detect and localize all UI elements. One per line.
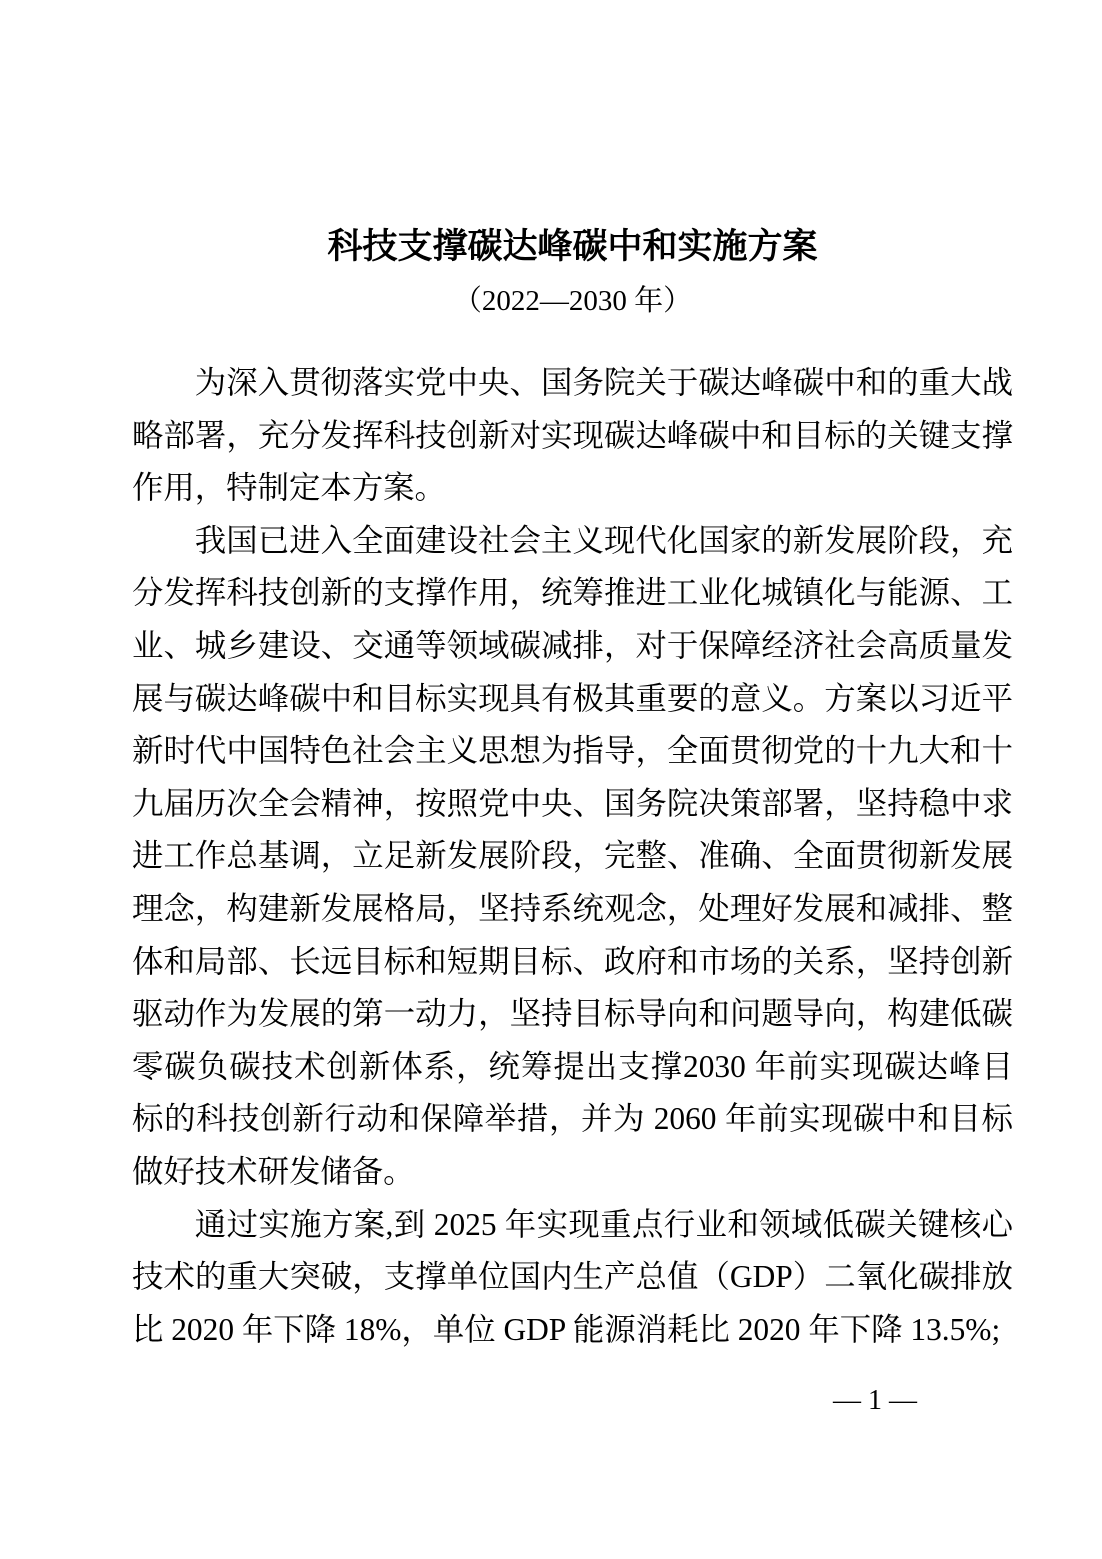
document-body: 为深入贯彻落实党中央、国务院关于碳达峰碳中和的重大战略部署，充分发挥科技创新对实… bbox=[132, 357, 1013, 1356]
paragraph-1: 为深入贯彻落实党中央、国务院关于碳达峰碳中和的重大战略部署，充分发挥科技创新对实… bbox=[132, 357, 1013, 515]
document-page: 科技支撑碳达峰碳中和实施方案 （2022—2030 年） 为深入贯彻落实党中央、… bbox=[0, 0, 1102, 1559]
paragraph-2: 我国已进入全面建设社会主义现代化国家的新发展阶段，充分发挥科技创新的支撑作用，统… bbox=[132, 515, 1013, 1199]
document-subtitle: （2022—2030 年） bbox=[132, 278, 1013, 319]
paragraph-3: 通过实施方案,到 2025 年实现重点行业和领域低碳关键核心技术的重大突破，支撑… bbox=[132, 1199, 1013, 1357]
document-title: 科技支撑碳达峰碳中和实施方案 bbox=[132, 219, 1013, 269]
page-number: — 1 — bbox=[833, 1386, 933, 1416]
